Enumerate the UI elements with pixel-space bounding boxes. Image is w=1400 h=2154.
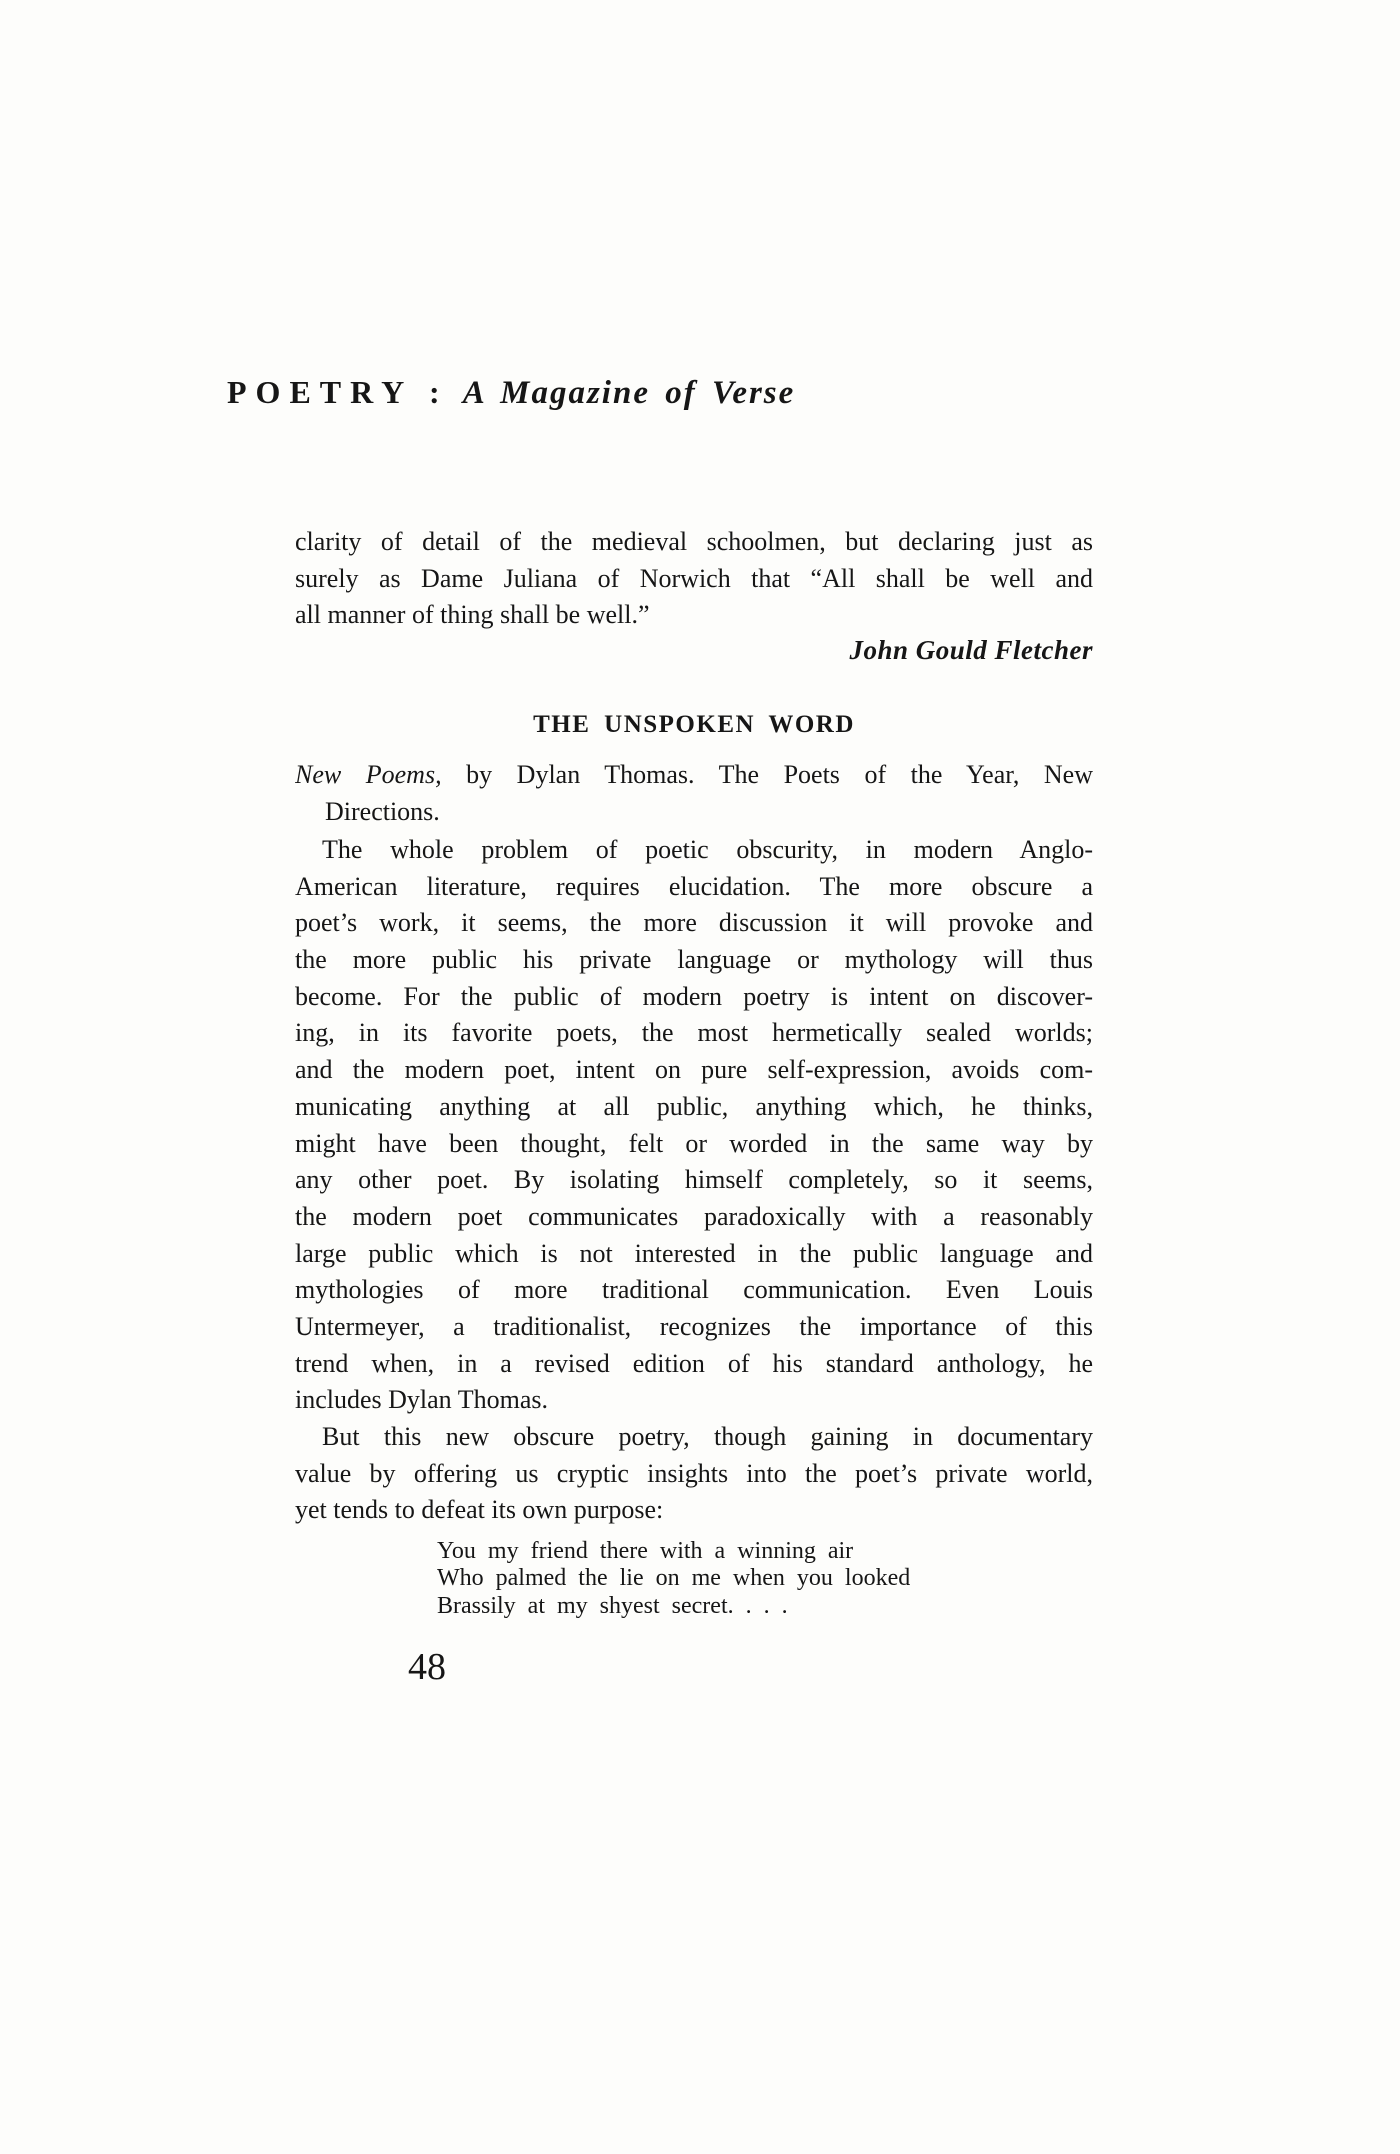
text-line: the more public his private language or … xyxy=(295,942,1093,979)
text-line: any other poet. By isolating himself com… xyxy=(295,1162,1093,1199)
book-entry-rest: by Dylan Thomas. The Poets of the Year, … xyxy=(442,760,1093,789)
page-number: 48 xyxy=(408,1645,446,1689)
verse-quotation: You my friend there with a winning air W… xyxy=(437,1538,910,1620)
text-line: includes Dylan Thomas. xyxy=(295,1382,1093,1419)
magazine-subtitle: A Magazine of Verse xyxy=(463,375,796,411)
review-paragraph-1: The whole problem of poetic obscurity, i… xyxy=(295,832,1093,1419)
verse-line: Who palmed the lie on me when you looked xyxy=(437,1565,910,1592)
running-head: POETRY :A Magazine of Verse xyxy=(227,372,795,413)
text-line: But this new obscure poetry, though gain… xyxy=(295,1419,1093,1456)
text-line: trend when, in a revised edition of his … xyxy=(295,1346,1093,1383)
text-line: large public which is not interested in … xyxy=(295,1236,1093,1273)
review-paragraph-2: But this new obscure poetry, though gain… xyxy=(295,1419,1093,1529)
text-line: New Poems, by Dylan Thomas. The Poets of… xyxy=(295,757,1093,794)
magazine-title: POETRY : xyxy=(227,374,449,410)
verse-line: You my friend there with a winning air xyxy=(437,1538,910,1565)
text-line: and the modern poet, intent on pure self… xyxy=(295,1052,1093,1089)
text-line: ing, in its favorite poets, the most her… xyxy=(295,1015,1093,1052)
book-title: New Poems, xyxy=(295,760,442,789)
text-line: all manner of thing shall be well.” xyxy=(295,597,1093,634)
text-line: Directions. xyxy=(295,794,1093,831)
text-line: become. For the public of modern poetry … xyxy=(295,979,1093,1016)
verse-line: Brassily at my shyest secret. . . . xyxy=(437,1593,910,1620)
text-line: value by offering us cryptic insights in… xyxy=(295,1456,1093,1493)
text-line: the modern poet communicates paradoxical… xyxy=(295,1199,1093,1236)
text-line: municating anything at all public, anyth… xyxy=(295,1089,1093,1126)
scanned-book-page: POETRY :A Magazine of Verse clarity of d… xyxy=(0,0,1400,2154)
text-line: clarity of detail of the medieval school… xyxy=(295,524,1093,561)
text-line: American literature, requires elucidatio… xyxy=(295,869,1093,906)
text-line: Untermeyer, a traditionalist, recognizes… xyxy=(295,1309,1093,1346)
text-line: might have been thought, felt or worded … xyxy=(295,1126,1093,1163)
text-line: poet’s work, it seems, the more discussi… xyxy=(295,905,1093,942)
text-line: The whole problem of poetic obscurity, i… xyxy=(295,832,1093,869)
section-heading: THE UNSPOKEN WORD xyxy=(295,710,1093,740)
author-byline: John Gould Fletcher xyxy=(295,634,1093,666)
book-entry: New Poems, by Dylan Thomas. The Poets of… xyxy=(295,757,1093,830)
text-line: surely as Dame Juliana of Norwich that “… xyxy=(295,561,1093,598)
closing-paragraph: clarity of detail of the medieval school… xyxy=(295,524,1093,634)
text-line: mythologies of more traditional communic… xyxy=(295,1272,1093,1309)
text-line: yet tends to defeat its own purpose: xyxy=(295,1492,1093,1529)
